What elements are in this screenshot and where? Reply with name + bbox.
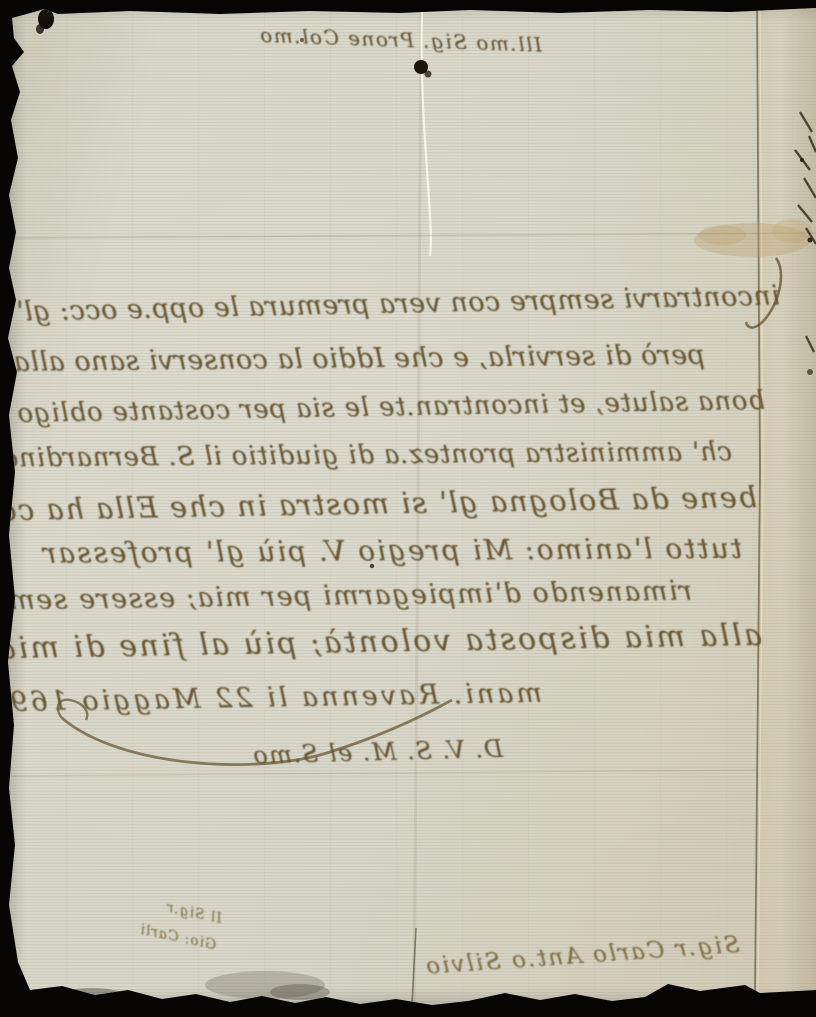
handwriting-line-4: ch' amministra prontez.a di giuditio il … xyxy=(72,437,732,473)
manuscript-letter-scan: Ill.mo Sig. Prone Col.mo incontrarvi sem… xyxy=(0,0,816,1017)
handwriting-line-6: tutto l'animo: Mi pregio V. più gl' prof… xyxy=(82,532,742,570)
paper-sheet: Ill.mo Sig. Prone Col.mo incontrarvi sem… xyxy=(0,0,816,1017)
folded-right-panel xyxy=(757,0,816,1017)
